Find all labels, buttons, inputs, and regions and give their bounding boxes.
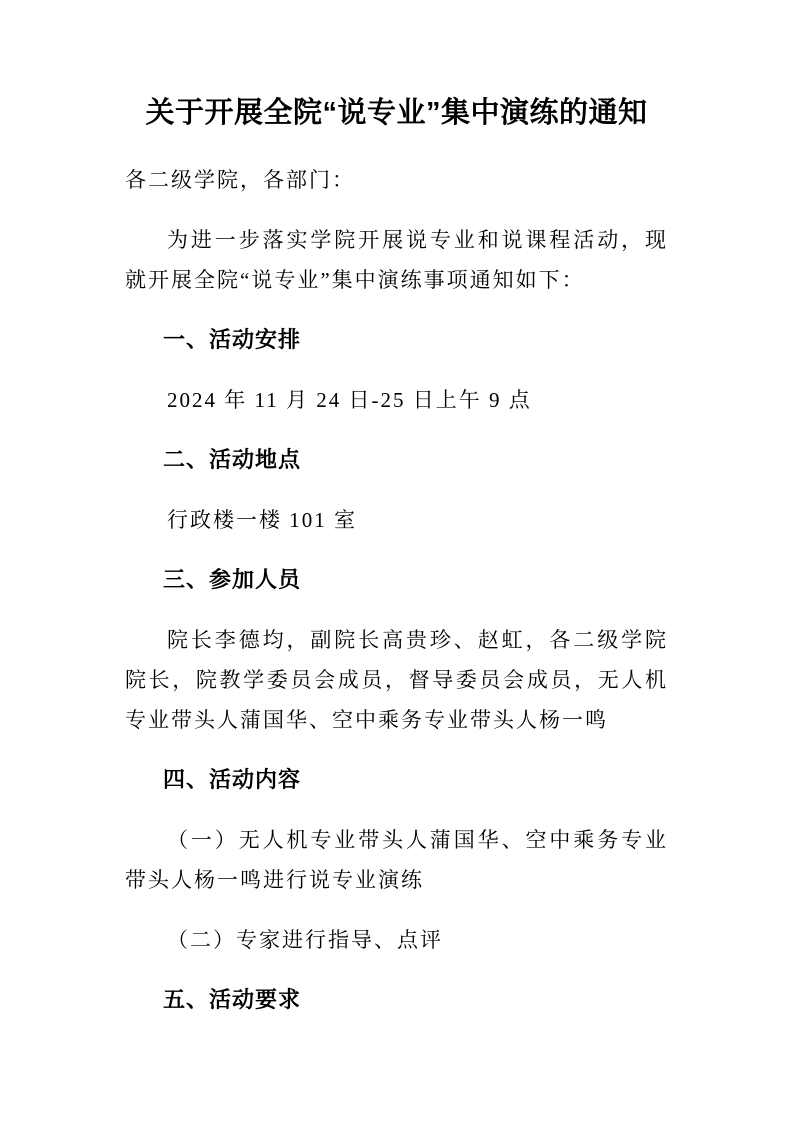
paragraph: 行政楼一楼 101 室 xyxy=(125,500,668,540)
document-page: 关于开展全院“说专业”集中演练的通知 各二级学院，各部门： 为进一步落实学院开展… xyxy=(0,0,793,1122)
section-heading: 四、活动内容 xyxy=(125,760,668,800)
salutation: 各二级学院，各部门： xyxy=(125,160,668,200)
sections-container: 一、活动安排2024 年 11 月 24 日-25 日上午 9 点二、活动地点行… xyxy=(125,320,668,1020)
intro-paragraph: 为进一步落实学院开展说专业和说课程活动，现就开展全院“说专业”集中演练事项通知如… xyxy=(125,220,668,300)
document-title: 关于开展全院“说专业”集中演练的通知 xyxy=(125,90,668,136)
section-heading: 三、参加人员 xyxy=(125,560,668,600)
section-heading: 一、活动安排 xyxy=(125,320,668,360)
paragraph: （一）无人机专业带头人蒲国华、空中乘务专业带头人杨一鸣进行说专业演练 xyxy=(125,820,668,900)
paragraph: 2024 年 11 月 24 日-25 日上午 9 点 xyxy=(125,380,668,420)
paragraph: 院长李德均，副院长高贵珍、赵虹，各二级学院院长，院教学委员会成员，督导委员会成员… xyxy=(125,620,668,740)
section-heading: 五、活动要求 xyxy=(125,980,668,1020)
paragraph: （二）专家进行指导、点评 xyxy=(125,920,668,960)
section-heading: 二、活动地点 xyxy=(125,440,668,480)
